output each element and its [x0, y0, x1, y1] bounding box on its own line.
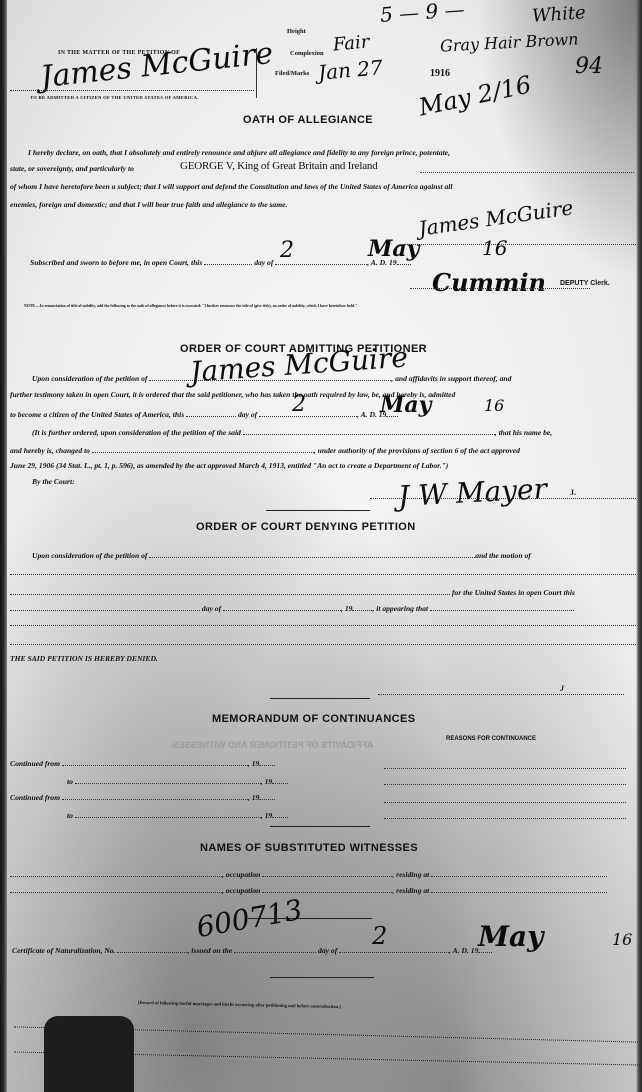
- clerk-line: [410, 288, 590, 289]
- deny-line-6: [10, 644, 636, 645]
- witness-row-2: , occupation , residing at: [10, 884, 607, 895]
- admit-rule: [266, 510, 370, 511]
- deny-judge-suffix: J: [560, 684, 564, 693]
- judge-line: [370, 498, 636, 499]
- petition-denied: THE SAID PETITION IS HEREBY DENIED.: [10, 654, 158, 663]
- header-divider: [256, 48, 257, 98]
- witnesses-title: NAMES OF SUBSTITUTED WITNESSES: [200, 842, 418, 854]
- scan-shadow-tab: [44, 1016, 134, 1092]
- admit-year: 16: [484, 396, 504, 415]
- sovereign-name: GEORGE V, King of Great Britain and Irel…: [180, 160, 378, 172]
- oath-line-2-prefix: state, or sovereignty, and particularly …: [10, 164, 134, 173]
- continued-to-1: to , 19: [67, 775, 288, 786]
- marks-label: Filed/Marks: [275, 70, 309, 77]
- certificate-rule: [270, 977, 374, 978]
- by-the-court: By the Court:: [32, 477, 75, 486]
- filed-year: 1916: [430, 68, 450, 79]
- oath-signature-line: [404, 244, 636, 245]
- complexion-label: Complexion: [290, 50, 324, 57]
- judge-suffix: J.: [570, 488, 576, 497]
- petitioner-line: [10, 90, 254, 91]
- scan-edge-right: [636, 0, 642, 1092]
- sovereign-line: [420, 172, 634, 173]
- admit-month: May: [380, 392, 431, 418]
- reason-line-1: [384, 768, 626, 769]
- sworn-year: 16: [482, 236, 507, 260]
- admit-day: 2: [292, 392, 306, 417]
- oath-line-1: I hereby declare, on oath, that I absolu…: [28, 148, 450, 157]
- order-denying-title: ORDER OF COURT DENYING PETITION: [196, 521, 416, 533]
- petition-number: 94: [575, 54, 603, 79]
- continued-from-2: Continued from , 19: [10, 791, 275, 802]
- deny-rule: [270, 698, 370, 699]
- height-value: 5 — 9 —: [379, 0, 465, 27]
- oath-line-3: of whom I have heretofore been a subject…: [10, 182, 453, 191]
- clerk-signature: Cummin: [432, 268, 546, 297]
- judge-signature: J W Mayer: [397, 472, 547, 513]
- deny-line-5: [10, 625, 636, 626]
- reason-line-3: [384, 802, 626, 803]
- deny-line-2: [10, 574, 636, 575]
- clerk-label: DEPUTY Clerk.: [560, 280, 610, 287]
- deny-line-3: for the United States in open Court this: [10, 586, 575, 597]
- continued-to-2: to , 19: [67, 809, 288, 820]
- continuances-rule: [270, 826, 370, 827]
- reason-line-2: [384, 784, 626, 785]
- deny-line-1: Upon consideration of the petition of an…: [32, 549, 531, 560]
- oath-title: OATH OF ALLEGIANCE: [243, 114, 373, 126]
- petitioner-signature-header: James McGuire: [39, 36, 275, 95]
- document-page: In the matter of the petition of James M…: [0, 0, 642, 1092]
- certificate-month: May: [478, 920, 543, 953]
- admission-label: To be admitted a citizen of the United S…: [30, 95, 199, 100]
- reasons-header: REASONS FOR CONTINUANCE: [446, 736, 536, 742]
- bleed-through-text: AFFIDAVITS OF PETITIONER AND WITNESSES.: [170, 740, 374, 750]
- sworn-line: Subscribed and sworn to before me, in op…: [30, 256, 411, 267]
- certificate-number: 600713: [194, 893, 305, 944]
- certificate-line: Certificate of Naturalization, No. , iss…: [12, 944, 492, 955]
- filed-date-value: Jan 27: [317, 55, 383, 85]
- admit-line-5: and hereby is, changed to , under author…: [10, 444, 520, 455]
- nobility-note: NOTE.—In renunciation of title of nobili…: [24, 304, 624, 308]
- certificate-year: 16: [612, 930, 632, 949]
- footer-record-note: [Record of following lawful marriages an…: [138, 1000, 341, 1009]
- continued-from-1: Continued from , 19: [10, 757, 275, 768]
- reason-line-4: [384, 818, 626, 819]
- admit-line-6: June 29, 1906 (34 Stat. L., pt. 1, p. 59…: [10, 461, 448, 470]
- deny-judge-line: [378, 694, 624, 695]
- witness-row-1: , occupation , residing at: [10, 868, 607, 879]
- continuances-title: MEMORANDUM OF CONTINUANCES: [212, 713, 416, 725]
- admit-line-3: to become a citizen of the United States…: [10, 408, 398, 419]
- height-label: Height: [287, 28, 306, 35]
- sworn-month: May: [368, 236, 419, 262]
- scan-edge-left: [0, 0, 7, 1092]
- certificate-day: 2: [372, 922, 387, 950]
- deny-line-4: day of , 19, it appearing that: [10, 602, 574, 613]
- complexion-value: Fair: [332, 31, 370, 55]
- oath-line-4: enemies, foreign and domestic; and that …: [10, 200, 287, 209]
- oath-signature: James McGuire: [417, 195, 575, 240]
- admit-line-4: (It is further ordered, upon considerati…: [32, 426, 552, 437]
- color-value: White: [531, 2, 586, 27]
- sworn-day: 2: [280, 238, 294, 263]
- eyes-hair-value: Gray Hair Brown: [440, 29, 579, 55]
